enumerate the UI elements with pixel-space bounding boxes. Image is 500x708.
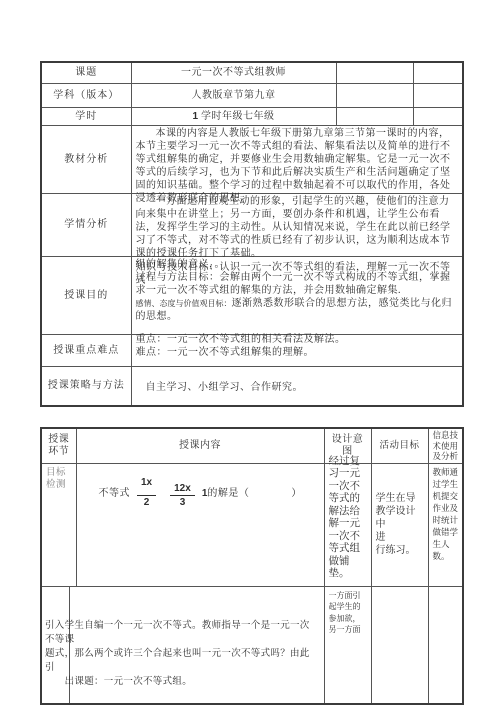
header-tech: 信息技术使用及分析 — [428, 428, 463, 463]
intro-content-text: 引入学生自编一个一元一次不等式。教师指导一个是一元一次不等课 题式，那么两个或许… — [45, 619, 318, 689]
row-label-period: 学时 — [41, 107, 131, 125]
row-label-material-analysis: 教材分析 — [41, 125, 131, 193]
material-analysis-cell: 本课的内容是人教版七年级下册第九章第三节第一课时的内容，本节主要学习一元一次不等… — [131, 125, 463, 193]
key-point-text: 重点：一元一次不等式组的相关看法及解法。 — [136, 333, 459, 346]
intro-design-cell: 一方面引起学生的参加欲，另一方面也是知识 — [324, 586, 371, 704]
student-analysis-cell: 一方面运用直观生动的形象，引起学生的兴趣，使他们的注意力向来集中在讲堂上；另一方… — [131, 193, 463, 256]
fraction-2-denominator: 3 — [170, 495, 195, 509]
table-row: 学时 1 学时年级七年级 — [41, 107, 463, 125]
row-label-key-points: 授课重点难点 — [41, 334, 131, 366]
empty-cell — [428, 586, 463, 704]
table-row: 引入学生自编一个一元一次不等式。教师指导一个是一元一次不等课 题式，那么两个或许… — [41, 586, 463, 704]
empty-cell — [371, 586, 428, 704]
table-row: 课题 一元一次不等式组教师 — [41, 62, 463, 83]
table-row: 教材分析 本课的内容是人教版七年级下册第九章第三节第一课时的内容，本节主要学习一… — [41, 125, 463, 193]
table-row: 授课策略与方法 自主学习、小组学习、合作研究。 — [41, 366, 463, 406]
table-header-row: 授课环节 授课内容 设计意图 活动目标 信息技术使用及分析 — [41, 428, 463, 463]
answer-blank: 的解是（ ） — [207, 488, 302, 499]
fraction-1-numerator: 1x — [137, 476, 156, 495]
lesson-flow-table: 授课环节 授课内容 设计意图 活动目标 信息技术使用及分析 目标检测 不等式1x… — [40, 427, 464, 705]
row-label-subject: 学科（版本） — [41, 83, 131, 107]
difficult-point-text: 难点：一元一次不等式组解集的理解。 — [136, 346, 459, 359]
emotion-goal-label: 感情、态度与价值观目标： — [136, 299, 232, 308]
inequality-prefix: 不等式 — [99, 488, 131, 499]
subject-value: 人教版章节第九章 — [131, 83, 336, 107]
lesson-info-table: 课题 一元一次不等式组教师 学科（版本） 人教版章节第九章 学时 1 学时年级七… — [40, 61, 464, 407]
activity-goal-text: 学生在导 教学设计中 进 行练习。 — [371, 463, 428, 586]
period-number: 1 — [192, 111, 198, 122]
tech-usage-text: 教师通过学生机提交作业及时统计做错学生人数。 — [428, 463, 463, 586]
document-page: 课题 一元一次不等式组教师 学科（版本） 人教版章节第九章 学时 1 学时年级七… — [0, 0, 500, 708]
header-activity: 活动目标 — [371, 428, 428, 463]
design-intent-text: 经过复习一元一次不等式的解法给解一元一次不等式组做铺垫。 — [329, 456, 367, 581]
header-stage: 授课环节 — [41, 428, 76, 463]
empty-cell — [336, 107, 413, 125]
table-row: 授课重点难点 重点：一元一次不等式组的相关看法及解法。 难点：一元一次不等式组解… — [41, 334, 463, 366]
topic-value: 一元一次不等式组教师 — [131, 62, 336, 83]
teaching-aims-line2: 过程与方法目标：会解由两个一元一次不等式构成的不等式组，掌握求一元一次不等式组的… — [136, 271, 459, 297]
fraction-1-denominator: 2 — [137, 495, 156, 509]
table-row: 学情分析 一方面运用直观生动的形象，引起学生的兴趣，使他们的注意力向来集中在讲堂… — [41, 193, 463, 256]
empty-cell — [413, 83, 463, 107]
fraction-2-numerator: 12x — [170, 482, 195, 495]
strategy-text: 自主学习、小组学习、合作研究。 — [136, 381, 459, 394]
fraction-1: 1x2 — [137, 476, 156, 509]
design-intent-cell: 经过复习一元一次不等式的解法给解一元一次不等式组做铺垫。 — [324, 463, 371, 586]
empty-cell — [336, 62, 413, 83]
row-label-strategy: 授课策略与方法 — [41, 366, 131, 406]
empty-cell — [413, 62, 463, 83]
empty-cell — [336, 83, 413, 107]
intro-content-cell: 引入学生自编一个一元一次不等式。教师指导一个是一元一次不等课 题式，那么两个或许… — [41, 586, 324, 704]
row-label-teaching-aims: 授课目的 — [41, 256, 131, 334]
row-label-topic: 课题 — [41, 62, 131, 83]
empty-cell — [413, 107, 463, 125]
header-content: 授课内容 — [76, 428, 324, 463]
table-row: 学科（版本） 人教版章节第九章 — [41, 83, 463, 107]
strategy-cell: 自主学习、小组学习、合作研究。 — [131, 366, 463, 406]
row-label-student-analysis: 学情分析 — [41, 193, 131, 256]
student-analysis-text: 一方面运用直观生动的形象，引起学生的兴趣，使他们的注意力向来集中在讲堂上；另一方… — [136, 195, 459, 260]
period-text: 学时年级七年级 — [201, 111, 275, 122]
content-inequality-exercise: 不等式1x212x31的解是（ ） — [76, 463, 324, 586]
fraction-2: 12x3 — [170, 482, 195, 509]
teaching-aims-line3: 感情、态度与价值观目标：逐渐熟悉数形联合的思想方法，感觉类比与化归的思想。 — [136, 297, 459, 323]
intro-design-text: 一方面引起学生的参加欲，另一方面也是知识 — [329, 590, 367, 634]
stage-goal-check: 目标检测 — [41, 463, 76, 586]
period-value: 1 学时年级七年级 — [131, 107, 336, 125]
key-points-cell: 重点：一元一次不等式组的相关看法及解法。 难点：一元一次不等式组解集的理解。 — [131, 334, 463, 366]
table-row: 目标检测 不等式1x212x31的解是（ ） 经过复习一元一次不等式的解法给解一… — [41, 463, 463, 586]
